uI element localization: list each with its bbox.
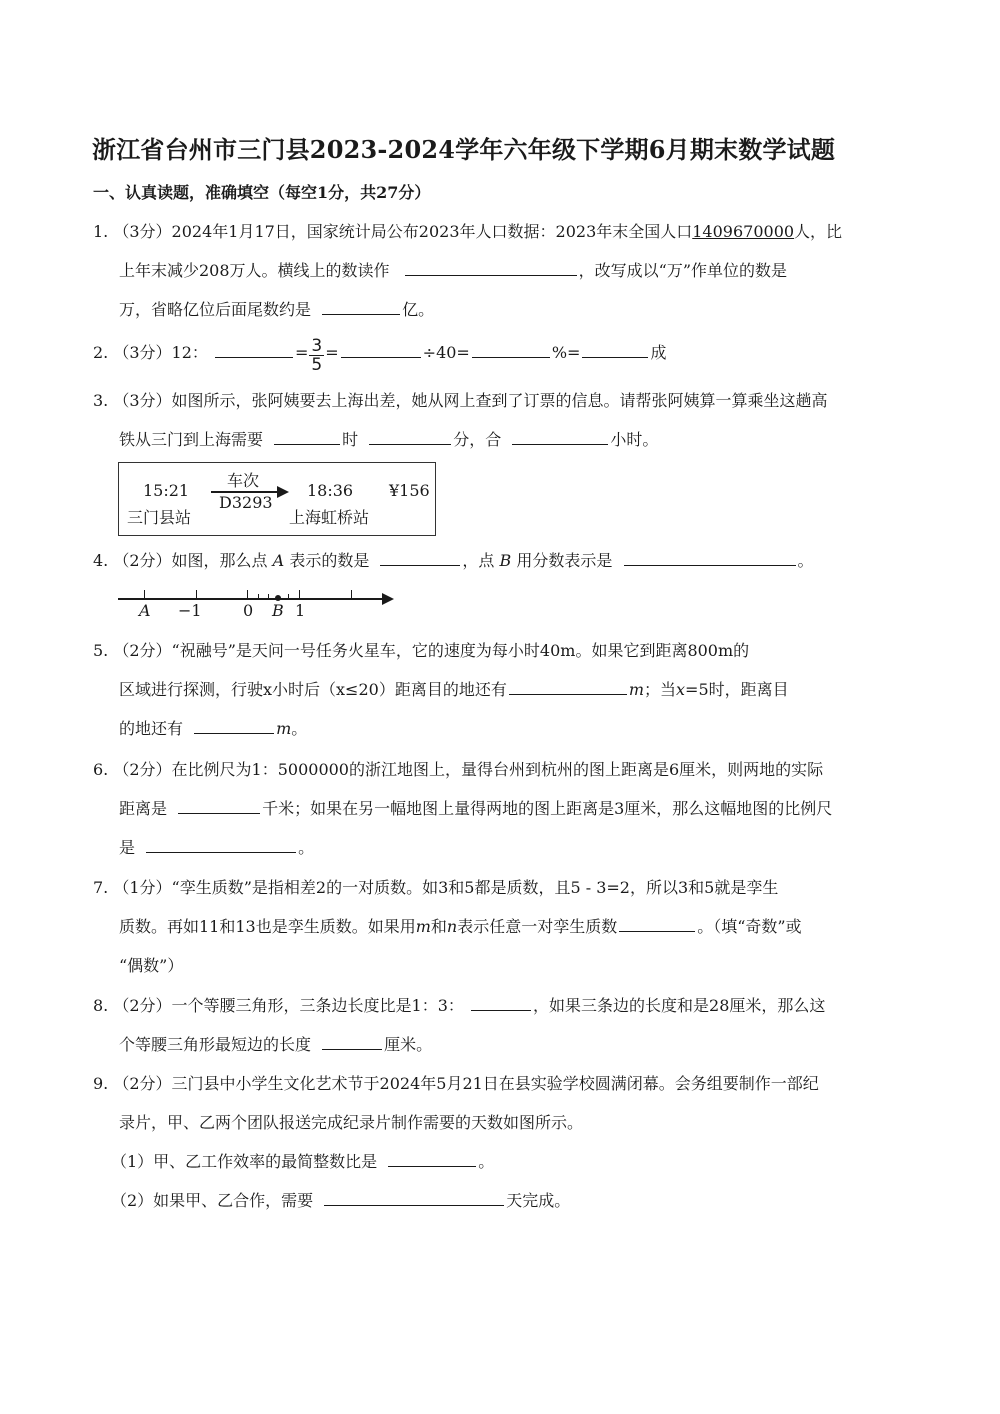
question-text: 。（填“奇数”或 (697, 917, 801, 936)
question-line: 是 。 (93, 828, 908, 867)
question-text: %= (552, 343, 581, 362)
question-line: 的地还有 m。 (93, 709, 908, 748)
question-score: （2分） (113, 996, 171, 1015)
question-line: 9. （2分）三门县中小学生文化艺术节于2024年5月21日在县实验学校圆满闭幕… (93, 1064, 908, 1103)
arrive-time: 18:36 (307, 481, 353, 500)
unit: m (276, 719, 291, 738)
answer-blank[interactable] (322, 296, 400, 315)
page-title: 浙江省台州市三门县2023-2024学年六年级下学期6月期末数学试题 (92, 130, 912, 165)
arrow-right-icon (277, 486, 289, 498)
question-text: ，如果三条边的长度和是28厘米，那么这 (533, 996, 825, 1015)
answer-blank[interactable] (624, 547, 796, 566)
question-text: 。 (291, 719, 307, 738)
label-b: B (272, 601, 284, 620)
point-label: A (273, 551, 285, 570)
question-line: 区域进行探测，行驶x小时后（x≤20）距离目的地还有m；当x=5时，距离目 (93, 670, 908, 709)
answer-blank[interactable] (178, 795, 260, 814)
sub-question-2: （2）如果甲、乙合作，需要 天完成。 (93, 1181, 908, 1220)
question-line: 7. （1分）“孪生质数”是指相差2的一对质数。如3和5都是质数，且5 - 3=… (93, 868, 908, 907)
question-text: 在比例尺为1：5000000的浙江地图上，量得台州到杭州的图上距离是6厘米，则两… (172, 760, 824, 779)
train-label: 车次 (227, 468, 259, 491)
tick (144, 590, 145, 599)
answer-blank[interactable] (380, 547, 460, 566)
question-line: 质数。再如11和13也是孪生质数。如果用m和n表示任意一对孪生质数。（填“奇数”… (93, 907, 908, 946)
train-number: D3293 (219, 493, 273, 512)
question-text: 表示的数是 (289, 551, 369, 570)
question-text: 。 (298, 838, 314, 857)
question-number: 1. (93, 222, 108, 241)
question-score: （3分） (113, 391, 171, 410)
answer-blank-hours[interactable] (274, 426, 340, 445)
unit: m (629, 680, 644, 699)
answer-blank[interactable] (341, 339, 421, 358)
question-line: 5. （2分）“祝融号”是天问一号任务火星车，它的速度为每小时40m。如果它到距… (93, 631, 908, 670)
question-text: 千米；如果在另一幅地图上量得两地的图上距离是3厘米，那么这幅地图的比例尺 (262, 799, 832, 818)
question-6: 6. （2分）在比例尺为1：5000000的浙江地图上，量得台州到杭州的图上距离… (93, 750, 908, 867)
minor-tick (258, 594, 259, 599)
question-line: “偶数”） (93, 946, 908, 985)
question-text: 三门县中小学生文化艺术节于2024年5月21日在县实验学校圆满闭幕。会务组要制作… (172, 1074, 819, 1093)
question-text: 个等腰三角形最短边的长度 (119, 1035, 311, 1054)
fraction-denominator: 5 (309, 356, 324, 374)
question-line: 2. （3分）12： =35=÷40=%=成 (93, 333, 908, 372)
question-text: 小时。 (610, 430, 658, 449)
question-number: 2. (93, 343, 108, 362)
answer-blank[interactable] (324, 1187, 504, 1206)
answer-blank[interactable] (215, 339, 293, 358)
question-7: 7. （1分）“孪生质数”是指相差2的一对质数。如3和5都是质数，且5 - 3=… (93, 868, 908, 985)
depart-station: 三门县站 (127, 505, 191, 528)
question-text: 。 (478, 1152, 494, 1171)
question-8: 8. （2分）一个等腰三角形，三条边长度比是1：3： ，如果三条边的长度和是28… (93, 986, 908, 1064)
minor-tick (288, 594, 289, 599)
minor-tick (268, 594, 269, 599)
answer-blank[interactable] (322, 1031, 382, 1050)
question-text: ，改写成以“万”作单位的数是 (579, 261, 787, 280)
question-line: 上年末减少208万人。横线上的数读作 ，改写成以“万”作单位的数是 (93, 251, 908, 290)
variable: n (447, 917, 457, 936)
tick (299, 590, 300, 599)
question-3: 3. （3分）如图所示，张阿姨要去上海出差，她从网上查到了订票的信息。请帮张阿姨… (93, 381, 908, 459)
equals-sign: = (295, 343, 308, 362)
question-text: （1）甲、乙工作效率的最简整数比是 (111, 1152, 377, 1171)
question-number: 7. (93, 878, 108, 897)
question-5: 5. （2分）“祝融号”是天问一号任务火星车，它的速度为每小时40m。如果它到距… (93, 631, 908, 748)
question-text: ；当 (644, 680, 676, 699)
question-text: 录片，甲、乙两个团队报送完成纪录片制作需要的天数如图所示。 (119, 1113, 583, 1132)
question-text: 分，合 (453, 430, 501, 449)
variable: x (676, 680, 685, 699)
question-text: 如图所示，张阿姨要去上海出差，她从网上查到了订票的信息。请帮张阿姨算一算乘坐这趟… (172, 391, 828, 410)
answer-blank[interactable] (405, 257, 577, 276)
answer-blank[interactable] (582, 339, 648, 358)
question-text: ÷40= (423, 343, 470, 362)
question-line: 个等腰三角形最短边的长度 厘米。 (93, 1025, 908, 1064)
question-text: 上年末减少208万人。横线上的数读作 (119, 261, 390, 280)
question-text: “偶数”） (119, 956, 183, 975)
answer-blank[interactable] (146, 834, 296, 853)
question-score: （2分） (113, 1074, 171, 1093)
question-line: 8. （2分）一个等腰三角形，三条边长度比是1：3： ，如果三条边的长度和是28… (93, 986, 908, 1025)
answer-blank[interactable] (388, 1148, 476, 1167)
question-text: 和 (431, 917, 447, 936)
question-2: 2. （3分）12： =35=÷40=%=成 (93, 333, 908, 372)
question-number: 4. (93, 551, 108, 570)
question-number: 6. (93, 760, 108, 779)
question-text: “孪生质数”是指相差2的一对质数。如3和5都是质数，且5 - 3=2，所以3和5… (172, 878, 779, 897)
question-score: （3分） (113, 222, 171, 241)
question-9: 9. （2分）三门县中小学生文化艺术节于2024年5月21日在县实验学校圆满闭幕… (93, 1064, 908, 1220)
ticket-price: ¥156 (389, 481, 430, 500)
question-text: 万，省略亿位后面尾数约是 (119, 300, 311, 319)
variable: m (416, 917, 431, 936)
question-text: 12： (172, 343, 208, 362)
question-text: 厘米。 (384, 1035, 432, 1054)
question-text: 质数。再如11和13也是孪生质数。如果用 (119, 917, 416, 936)
question-score: （2分） (113, 551, 171, 570)
question-text: =5时，距离目 (685, 680, 789, 699)
question-line: 4. （2分）如图，那么点 A 表示的数是 ，点 B 用分数表示是 。 (93, 541, 908, 580)
answer-blank[interactable] (194, 715, 274, 734)
question-line: 录片，甲、乙两个团队报送完成纪录片制作需要的天数如图所示。 (93, 1103, 908, 1142)
section-heading: 一、认真读题，准确填空（每空1分，共27分） (93, 180, 430, 203)
question-score: （1分） (113, 878, 171, 897)
answer-blank-minutes[interactable] (369, 426, 451, 445)
question-1: 1. （3分）2024年1月17日，国家统计局公布2023年人口数据：2023年… (93, 212, 908, 329)
answer-blank[interactable] (509, 676, 627, 695)
question-score: （2分） (113, 760, 171, 779)
question-line: 1. （3分）2024年1月17日，国家统计局公布2023年人口数据：2023年… (93, 212, 908, 251)
question-text: 天完成。 (506, 1191, 570, 1210)
sub-question-1: （1）甲、乙工作效率的最简整数比是 。 (93, 1142, 908, 1181)
question-text: ，点 (462, 551, 494, 570)
question-text: 亿。 (402, 300, 434, 319)
tick (247, 590, 248, 599)
question-text: “祝融号”是天问一号任务火星车，它的速度为每小时40m。如果它到距离800m的 (172, 641, 750, 660)
question-text: 区域进行探测，行驶x小时后（x≤20）距离目的地还有 (119, 680, 507, 699)
question-text: 成 (650, 343, 666, 362)
question-line: 6. （2分）在比例尺为1：5000000的浙江地图上，量得台州到杭州的图上距离… (93, 750, 908, 789)
question-4: 4. （2分）如图，那么点 A 表示的数是 ，点 B 用分数表示是 。 (93, 541, 908, 580)
number-line-axis (118, 598, 384, 600)
question-number: 5. (93, 641, 108, 660)
depart-time: 15:21 (143, 481, 189, 500)
question-text: 用分数表示是 (516, 551, 612, 570)
question-text: 2024年1月17日，国家统计局公布2023年人口数据：2023年末全国人口 (172, 222, 693, 241)
fraction-numerator: 3 (309, 337, 324, 356)
question-score: （3分） (113, 343, 171, 362)
question-number: 3. (93, 391, 108, 410)
fraction: 35 (309, 337, 324, 374)
label-zero: 0 (243, 601, 253, 620)
question-line: 万，省略亿位后面尾数约是 亿。 (93, 290, 908, 329)
question-line: 距离是 千米；如果在另一幅地图上量得两地的图上距离是3厘米，那么这幅地图的比例尺 (93, 789, 908, 828)
tick (351, 590, 352, 599)
label-a: A (139, 601, 151, 620)
question-text: 距离是 (119, 799, 167, 818)
question-score: （2分） (113, 641, 171, 660)
point-label: B (500, 551, 512, 570)
question-text: 。 (798, 551, 814, 570)
equals-sign: = (325, 343, 338, 362)
underlined-number: 1409670000 (692, 222, 794, 241)
train-ticket-figure: 15:21 三门县站 车次 D3293 18:36 上海虹桥站 ¥156 (118, 462, 436, 536)
answer-blank[interactable] (619, 913, 695, 932)
question-text: 表示任意一对孪生质数 (457, 917, 617, 936)
question-text: 时 (342, 430, 358, 449)
question-text: 人，比 (794, 222, 842, 241)
label-minus-one: −1 (178, 601, 202, 620)
question-number: 9. (93, 1074, 108, 1093)
answer-blank[interactable] (471, 992, 531, 1011)
answer-blank[interactable] (472, 339, 550, 358)
question-line: 3. （3分）如图所示，张阿姨要去上海出差，她从网上查到了订票的信息。请帮张阿姨… (93, 381, 908, 420)
question-text: （2）如果甲、乙合作，需要 (111, 1191, 313, 1210)
answer-blank-total-hours[interactable] (512, 426, 608, 445)
tick (196, 590, 197, 599)
question-text: 铁从三门到上海需要 (119, 430, 263, 449)
label-one: 1 (295, 601, 305, 620)
question-number: 8. (93, 996, 108, 1015)
question-text: 的地还有 (119, 719, 183, 738)
question-text: 是 (119, 838, 135, 857)
number-line-figure: A −1 0 B 1 (118, 588, 398, 624)
arrow-right-icon (382, 593, 394, 605)
question-text: 一个等腰三角形，三条边长度比是1：3： (172, 996, 464, 1015)
question-text: 如图，那么点 (172, 551, 268, 570)
arrive-station: 上海虹桥站 (289, 505, 369, 528)
question-line: 铁从三门到上海需要 时 分，合 小时。 (93, 420, 908, 459)
